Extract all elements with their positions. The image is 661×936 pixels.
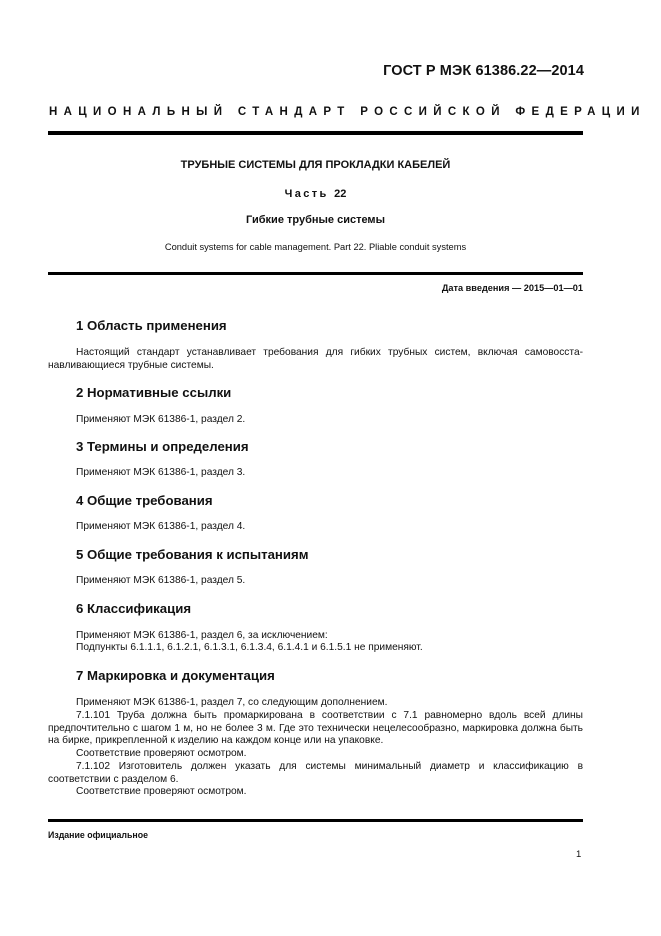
section-heading: 2 Нормативные ссылки	[76, 385, 231, 400]
section-paragraph: Соответствие проверяют осмотром.	[76, 786, 583, 799]
title-divider	[48, 272, 583, 275]
section-heading: 6 Классификация	[76, 601, 191, 616]
page-number: 1	[576, 849, 581, 860]
section-paragraph: Применяют МЭК 61386-1, раздел 5.	[76, 575, 583, 588]
clause-7-1-102: 7.1.102 Изготовитель должен указать для …	[48, 761, 583, 786]
top-divider	[48, 131, 583, 135]
section-paragraph: Применяют МЭК 61386-1, раздел 4.	[76, 521, 583, 534]
section-heading: 3 Термины и определения	[76, 439, 249, 454]
english-title: Conduit systems for cable management. Pa…	[48, 242, 583, 252]
section-paragraph: Подпункты 6.1.1.1, 6.1.2.1, 6.1.3.1, 6.1…	[76, 642, 583, 655]
part-word: Часть	[285, 188, 329, 200]
footer-divider	[48, 819, 583, 822]
section-heading: 1 Область применения	[76, 318, 227, 333]
edition-label: Издание официальное	[48, 830, 148, 840]
part-label: Часть 22	[48, 188, 583, 200]
document-subtitle: Гибкие трубные системы	[48, 214, 583, 226]
introduction-date: Дата введения — 2015—01—01	[442, 283, 583, 293]
section-heading: 5 Общие требования к испытаниям	[76, 547, 308, 562]
section-paragraph: Применяют МЭК 61386-1, раздел 7, со след…	[76, 697, 583, 710]
national-standard-banner: НАЦИОНАЛЬНЫЙ СТАНДАРТ РОССИЙСКОЙ ФЕДЕРАЦ…	[49, 106, 584, 118]
part-number: 22	[334, 188, 346, 200]
section-heading: 4 Общие требования	[76, 493, 213, 508]
document-title: ТРУБНЫЕ СИСТЕМЫ ДЛЯ ПРОКЛАДКИ КАБЕЛЕЙ	[48, 159, 583, 171]
document-code: ГОСТ Р МЭК 61386.22—2014	[383, 63, 584, 79]
section-heading: 7 Маркировка и документация	[76, 668, 275, 683]
section-paragraph: Применяют МЭК 61386-1, раздел 6, за искл…	[76, 630, 583, 643]
section-paragraph: Настоящий стандарт устанавливает требова…	[48, 347, 583, 372]
section-paragraph: Применяют МЭК 61386-1, раздел 3.	[76, 467, 583, 480]
section-paragraph: Применяют МЭК 61386-1, раздел 2.	[76, 414, 583, 427]
section-paragraph: Соответствие проверяют осмотром.	[76, 748, 583, 761]
clause-7-1-101: 7.1.101 Труба должна быть промаркирована…	[48, 710, 583, 748]
